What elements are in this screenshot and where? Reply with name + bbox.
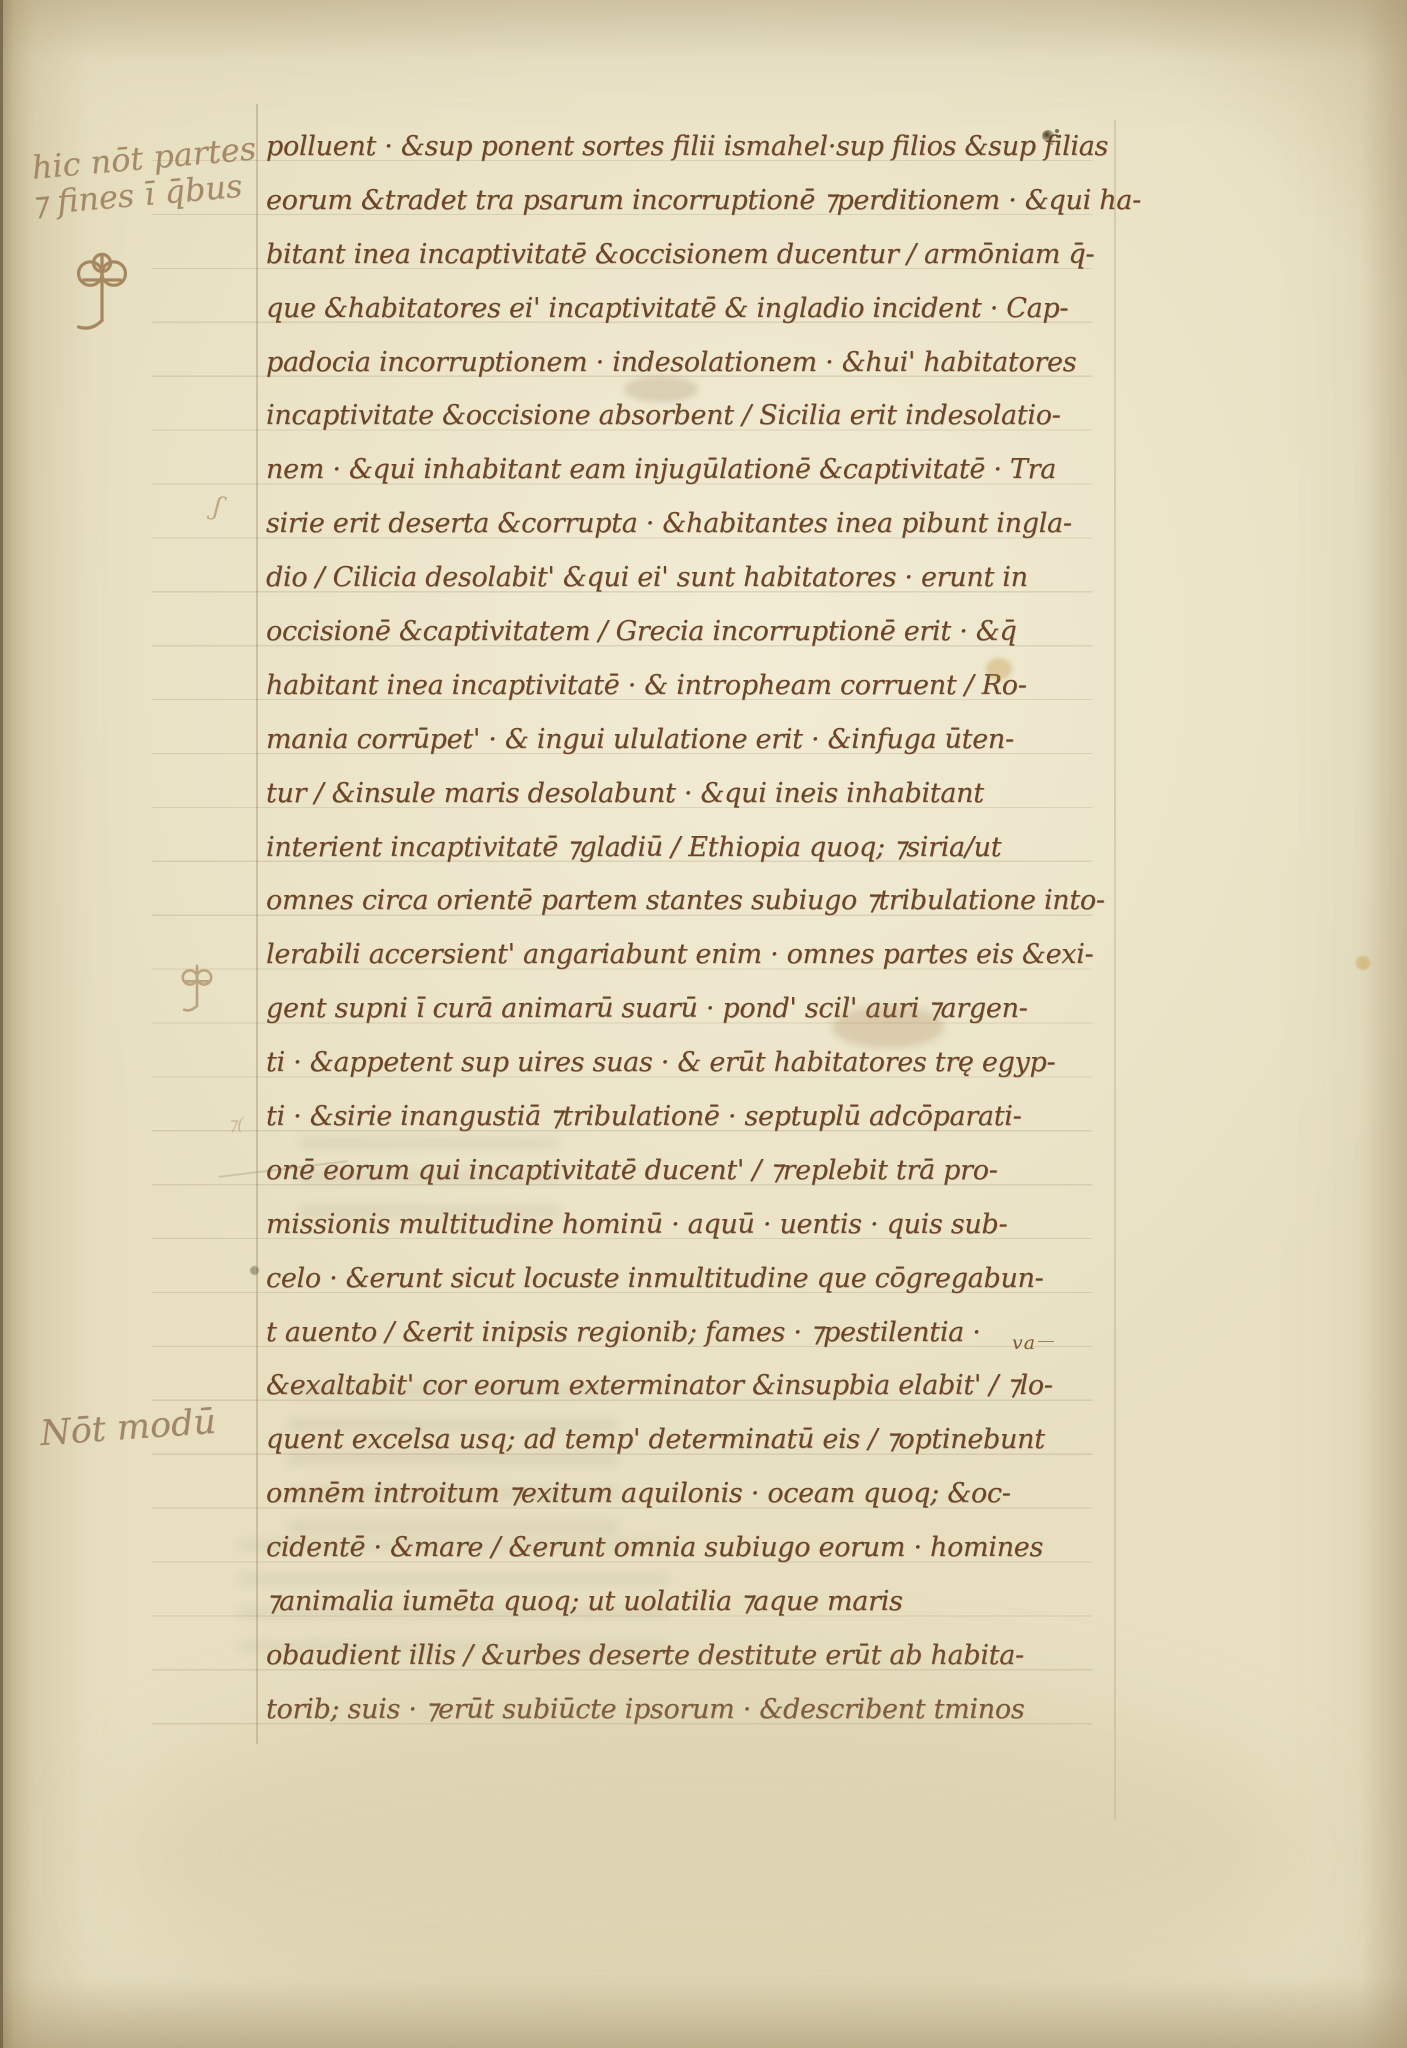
interlinear-correction: va	[1012, 1332, 1054, 1354]
manuscript-line: occisionē &captivitatem / Grecia incorru…	[266, 605, 1061, 659]
manuscript-line: obaudient illis / &urbes deserte destitu…	[266, 1629, 1061, 1683]
manuscript-page: polluent · &sup ponent sortes filii isma…	[0, 0, 1407, 2048]
manuscript-line: eorum &tradet tra psarum incorruptionē ⁊…	[266, 174, 1061, 228]
corner-fold-shade	[1120, 0, 1407, 300]
stain	[986, 658, 1012, 680]
manuscript-line: tur / &insule maris desolabunt · &qui in…	[266, 767, 1061, 821]
page-left-edge	[0, 0, 3, 2048]
manuscript-line: celo · &erunt sicut locuste inmultitudin…	[266, 1252, 1061, 1306]
stain	[624, 376, 698, 402]
ink-blot	[1042, 130, 1054, 142]
manuscript-line: polluent · &sup ponent sortes filii isma…	[266, 120, 1061, 174]
text-block: polluent · &sup ponent sortes filii isma…	[266, 120, 1061, 1737]
vertical-ruling-line	[256, 104, 258, 1744]
manuscript-line: cidentē · &mare / &erunt omnia subiugo e…	[266, 1521, 1061, 1575]
manuscript-line: habitant inea incaptivitatē · & introphe…	[266, 659, 1061, 713]
manuscript-line: missionis multitudine hominū · aquū · ue…	[266, 1198, 1061, 1252]
manuscript-line: omnes circa orientē partem stantes subiu…	[266, 874, 1061, 928]
manuscript-line: onē eorum qui incaptivitatē ducent' / ⁊r…	[266, 1144, 1061, 1198]
tonal-stain	[120, 1690, 1300, 2020]
manuscript-line: omnēm introitum ⁊exitum aquilonis · ocea…	[266, 1467, 1061, 1521]
stain	[832, 1006, 944, 1048]
stain	[250, 1266, 259, 1275]
manuscript-line: ti · &appetent sup uires suas · & erūt h…	[266, 1036, 1061, 1090]
manuscript-line: que &habitatores ei' incaptivitatē & ing…	[266, 282, 1061, 336]
manuscript-line: bitant inea incaptivitatē &occisionem du…	[266, 228, 1061, 282]
manuscript-line: nem · &qui inhabitant eam injugūlationē …	[266, 443, 1061, 497]
right-crease	[1114, 120, 1116, 1820]
foliate-cross-nota-icon-small	[176, 962, 218, 1020]
margin-squiggle: ⁊(	[228, 1114, 244, 1135]
manuscript-line: quent excelsa usq; ad temp' determinatū …	[266, 1413, 1061, 1467]
stain	[1356, 956, 1370, 970]
manuscript-line: ti · &sirie inangustiā ⁊tribulationē · s…	[266, 1090, 1061, 1144]
manuscript-line: sirie erit deserta &corrupta · &habitant…	[266, 497, 1061, 551]
manuscript-line: interient incaptivitatē ⁊gladiū / Ethiop…	[266, 821, 1061, 875]
foliate-cross-nota-icon	[66, 248, 138, 344]
manuscript-line: &exaltabit' cor eorum exterminator &insu…	[266, 1359, 1061, 1413]
manuscript-line: mania corrūpet' · & ingui ululatione eri…	[266, 713, 1061, 767]
manuscript-line: lerabili accersient' angariabunt enim · …	[266, 928, 1061, 982]
manuscript-line: t auento / &erit inipsis regionib; fames…	[266, 1306, 1061, 1360]
manuscript-line: dio / Cilicia desolabit' &qui ei' sunt h…	[266, 551, 1061, 605]
manuscript-line: ⁊animalia iumēta quoq; ut uolatilia ⁊aqu…	[266, 1575, 1061, 1629]
